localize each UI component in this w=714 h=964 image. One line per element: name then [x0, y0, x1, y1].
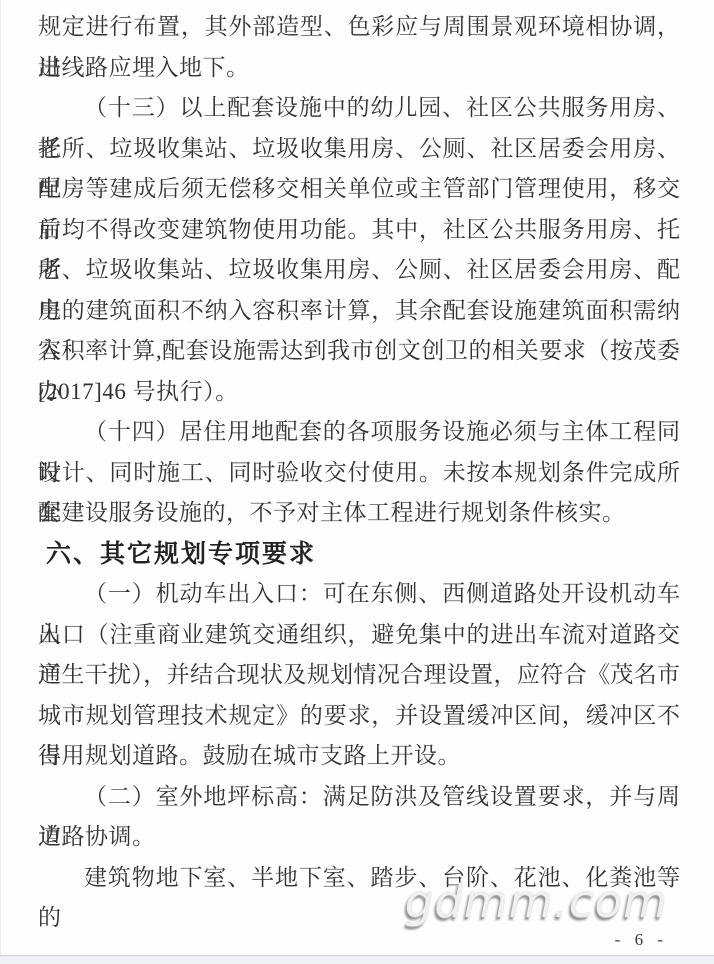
- document-page: 规定进行布置，其外部造型、色彩应与周围景观环境相协调，进出线路应埋入地下。（十三…: [0, 0, 714, 964]
- section-heading: 六、其它规划专项要求: [38, 534, 680, 575]
- text-line: 占用规划道路。鼓励在城市支路上开设。: [38, 736, 680, 777]
- text-line: [2017]46 号执行）。: [38, 372, 680, 413]
- text-line: 设计、同时施工、同时验收交付使用。未按本规划条件完成所配: [38, 453, 680, 494]
- watermark-text: gdmm.com: [405, 879, 668, 924]
- scan-bottom-edge: [0, 955, 714, 964]
- text-line: 入口（注重商业建筑交通组织，避免集中的进出车流对道路交通: [38, 615, 680, 656]
- text-line: 出线路应埋入地下。: [38, 48, 680, 89]
- text-line: 老所、垃圾收集站、垃圾收集用房、公厕、社区居委会用房、配: [38, 129, 680, 170]
- text-line: 产生干扰），并结合现状及规划情况合理设置，应符合《茂名市: [38, 655, 680, 696]
- text-line: 所、垃圾收集站、垃圾收集用房、公厕、社区居委会用房、配电: [38, 250, 680, 291]
- text-line: 房的建筑面积不纳入容积率计算，其余配套设施建筑面积需纳入: [38, 291, 680, 332]
- text-line: 电房等建成后须无偿移交相关单位或主管部门管理使用，移交前: [38, 169, 680, 210]
- text-line: 后均不得改变建筑物使用功能。其中，社区公共服务用房、托老: [38, 210, 680, 251]
- page-number: - 6 -: [615, 929, 668, 951]
- text-line: （一）机动车出入口：可在东侧、西侧道路处开设机动车出: [38, 574, 680, 615]
- text-line: 容积率计算,配套设施需达到我市创文创卫的相关要求（按茂委办: [38, 331, 680, 372]
- text-line: 道路协调。: [38, 817, 680, 858]
- text-line: （十四）居住用地配套的各项服务设施必须与主体工程同时: [38, 412, 680, 453]
- document-lines: 规定进行布置，其外部造型、色彩应与周围景观环境相协调，进出线路应埋入地下。（十三…: [38, 7, 680, 898]
- text-line: 规定进行布置，其外部造型、色彩应与周围景观环境相协调，进: [38, 7, 680, 48]
- text-line: 城市规划管理技术规定》的要求，并设置缓冲区间，缓冲区不得: [38, 696, 680, 737]
- text-line: 套建设服务设施的，不予对主体工程进行规划条件核实。: [38, 493, 680, 534]
- text-line: （十三）以上配套设施中的幼儿园、社区公共服务用房、托: [38, 88, 680, 129]
- text-line: （二）室外地坪标高：满足防洪及管线设置要求，并与周边: [38, 777, 680, 818]
